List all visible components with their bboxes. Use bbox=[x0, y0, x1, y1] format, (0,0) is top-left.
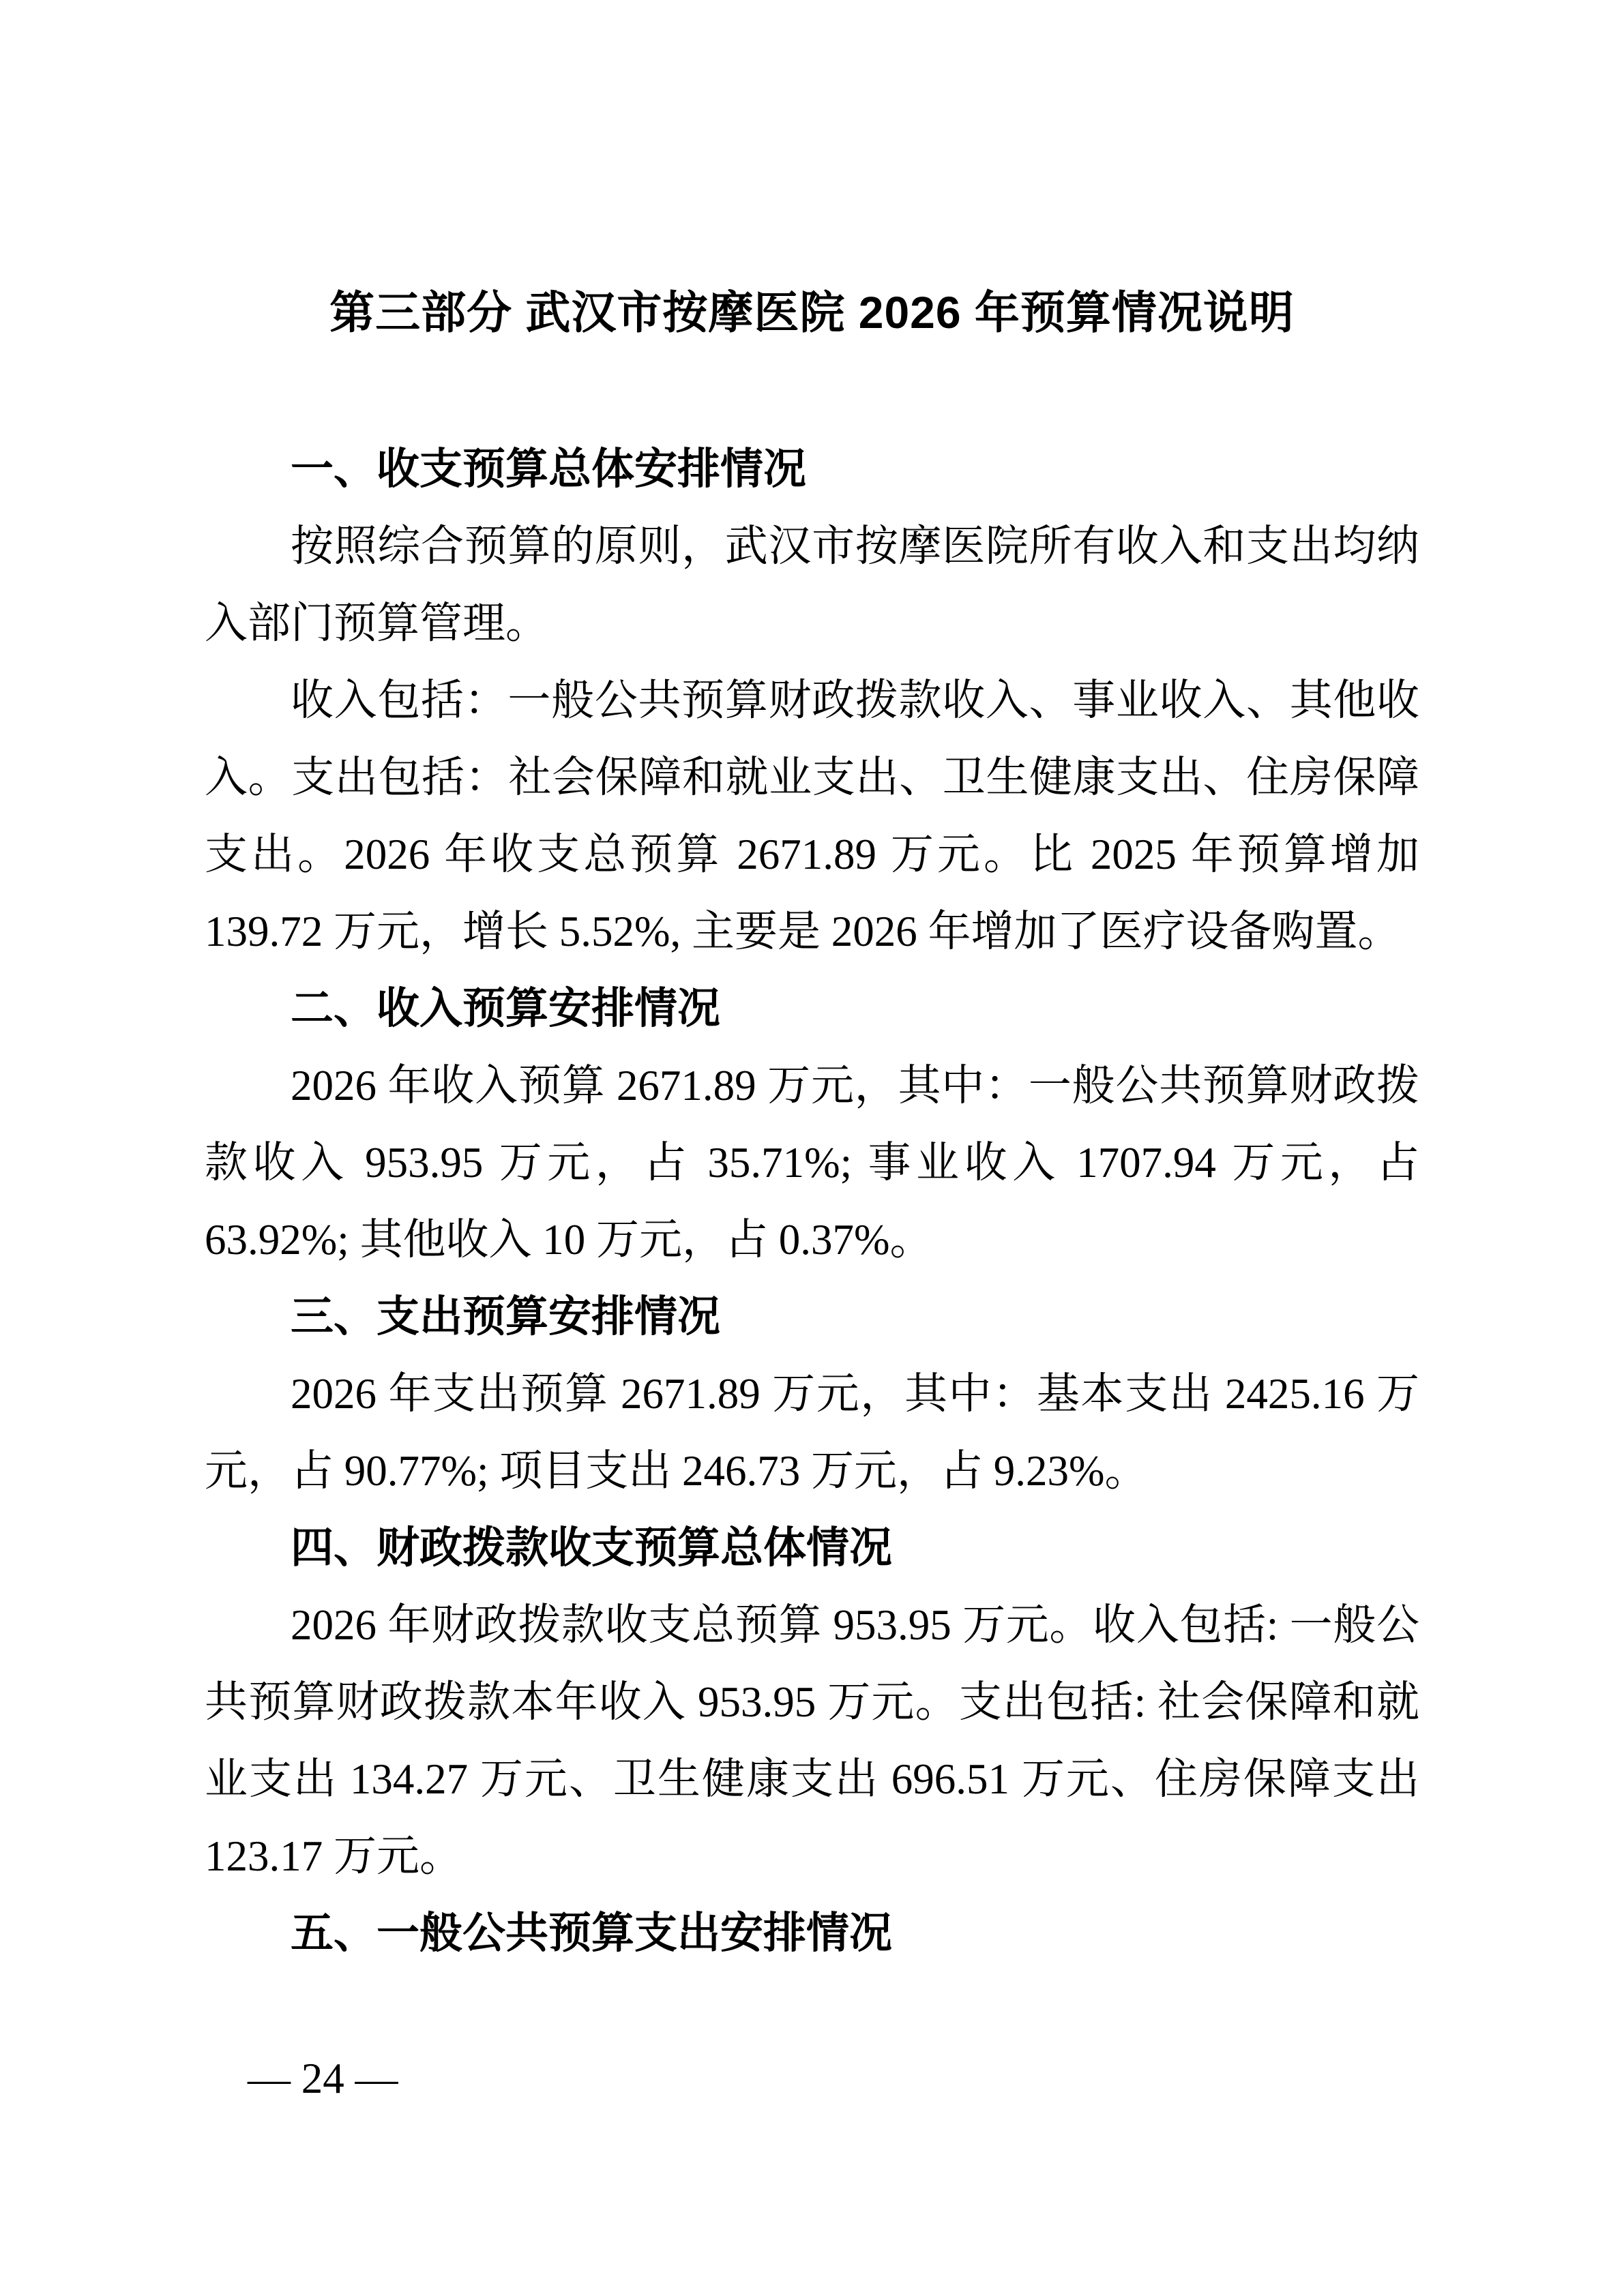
document-body: 一、收支预算总体安排情况 按照综合预算的原则，武汉市按摩医院所有收入和支出均纳入… bbox=[205, 431, 1419, 1972]
section-1-heading: 一、收支预算总体安排情况 bbox=[205, 431, 1419, 508]
section-4-paragraph-1: 2026 年财政拨款收支总预算 953.95 万元。收入包括: 一般公共预算财政… bbox=[205, 1587, 1419, 1895]
document-page: 第三部分 武汉市按摩医院 2026 年预算情况说明 一、收支预算总体安排情况 按… bbox=[0, 0, 1624, 2296]
section-4-heading: 四、财政拨款收支预算总体情况 bbox=[205, 1510, 1419, 1587]
page-footer: — 24 — bbox=[248, 2040, 398, 2117]
section-3-heading: 三、支出预算安排情况 bbox=[205, 1279, 1419, 1356]
section-1-paragraph-1: 按照综合预算的原则，武汉市按摩医院所有收入和支出均纳入部门预算管理。 bbox=[205, 508, 1419, 662]
section-1-paragraph-2: 收入包括：一般公共预算财政拨款收入、事业收入、其他收入。支出包括：社会保障和就业… bbox=[205, 662, 1419, 970]
page-number: — 24 — bbox=[248, 2055, 398, 2102]
section-2-paragraph-1: 2026 年收入预算 2671.89 万元，其中：一般公共预算财政拨款收入 95… bbox=[205, 1047, 1419, 1279]
section-5-heading: 五、一般公共预算支出安排情况 bbox=[205, 1895, 1419, 1972]
section-2-heading: 二、收入预算安排情况 bbox=[205, 970, 1419, 1047]
document-title: 第三部分 武汉市按摩医院 2026 年预算情况说明 bbox=[0, 274, 1624, 351]
section-3-paragraph-1: 2026 年支出预算 2671.89 万元，其中：基本支出 2425.16 万元… bbox=[205, 1356, 1419, 1510]
